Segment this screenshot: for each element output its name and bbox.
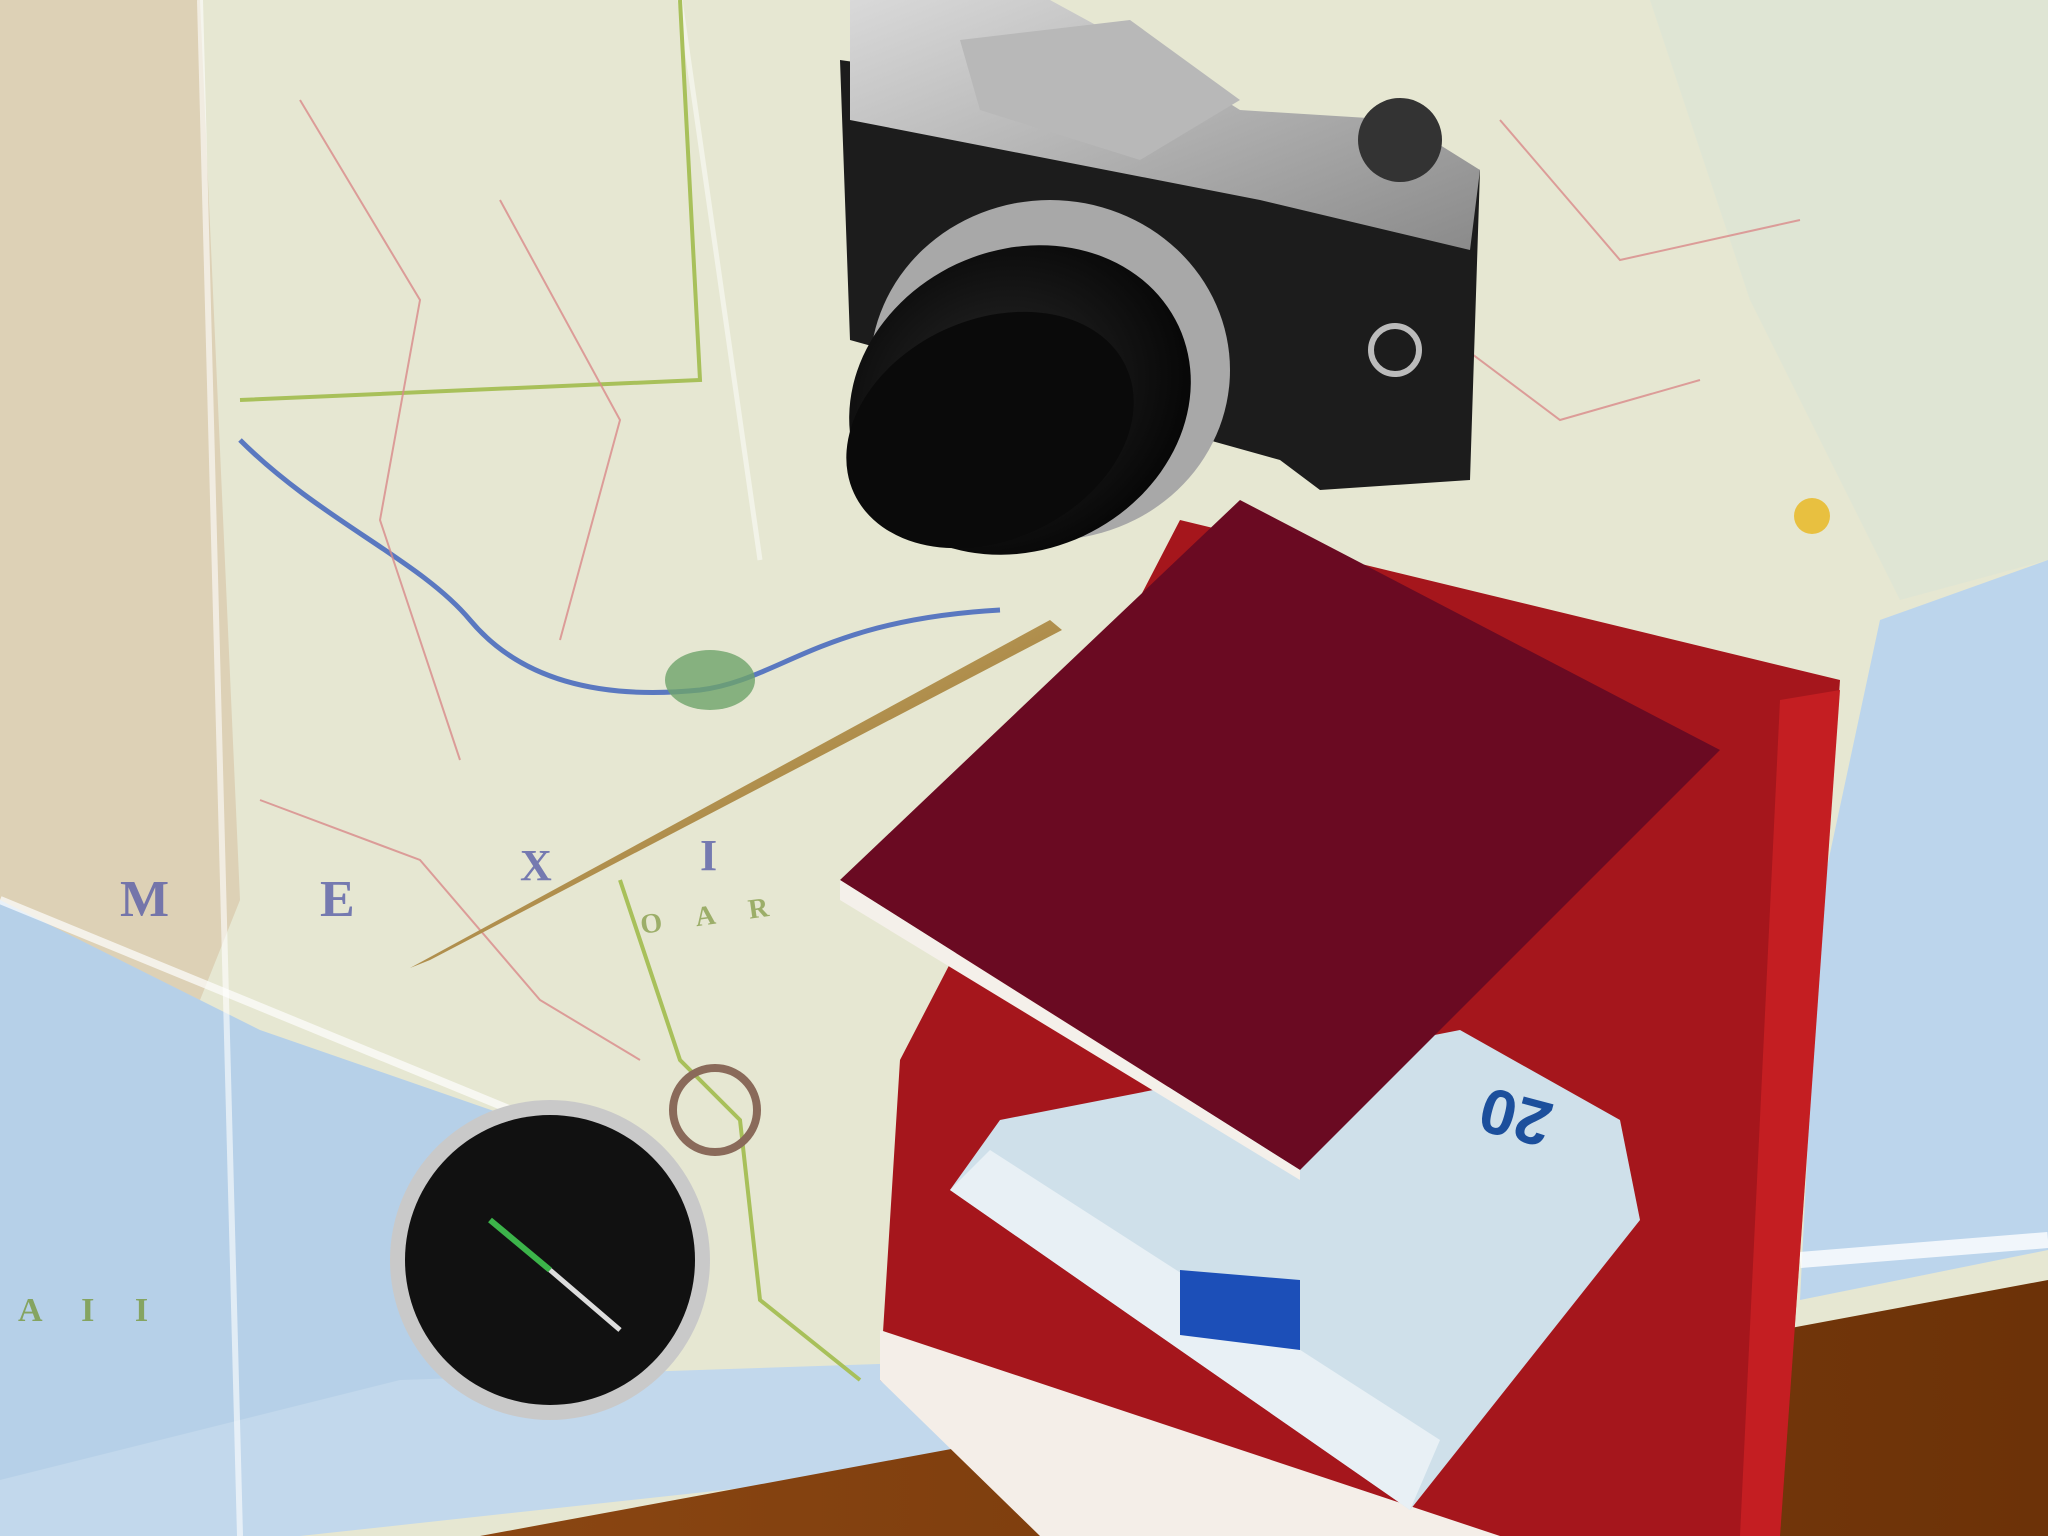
map-label-m: M xyxy=(120,870,169,929)
travel-photo: M E X I A I I O A R 20 xyxy=(0,0,2048,1536)
map-label-i: I xyxy=(700,830,717,881)
photo-canvas xyxy=(0,0,2048,1536)
map-label-e: E xyxy=(320,870,355,929)
map-label-x: X xyxy=(520,840,552,891)
map-label-hawaii: A I I xyxy=(18,1292,164,1330)
